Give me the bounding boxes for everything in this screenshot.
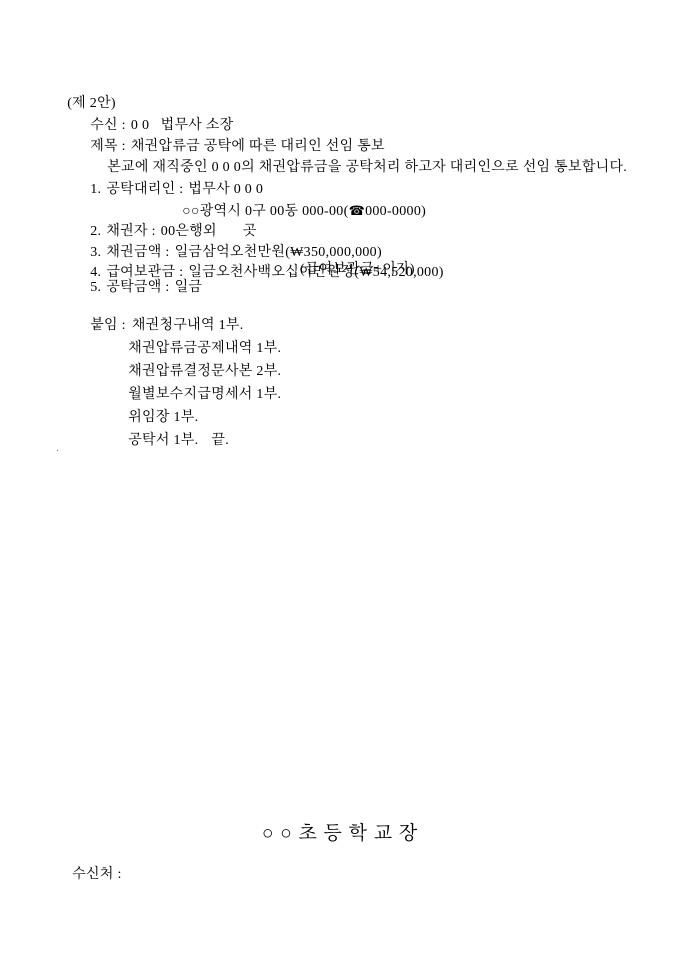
attachment-item-6: 공탁서 1부. bbox=[128, 433, 198, 448]
agent-address-suffix: 000-0000) bbox=[365, 204, 426, 219]
item-5-label: 공탁금액 : bbox=[101, 280, 169, 295]
attachments-end-mark: 끝. bbox=[198, 433, 229, 448]
stray-dot-mark: . bbox=[56, 440, 59, 455]
item-1-num: 1. bbox=[90, 182, 101, 197]
item-5-value: 일금 bbox=[170, 280, 203, 295]
cc-line: 수신처 : bbox=[57, 848, 122, 902]
item-5-note: (급여보관금+이자) bbox=[300, 261, 415, 279]
phone-icon: ☎ bbox=[349, 203, 366, 218]
document-page: (제 2안) 수신 :0 0 법무사 소장 제목 :채권압류금 공탁에 따른 대… bbox=[0, 0, 680, 962]
attachment-line-6: 공탁서 1부.끝. bbox=[113, 414, 229, 468]
item-5-num: 5. bbox=[90, 280, 101, 295]
signature-principal: ○ ○ 초 등 학 교 장 bbox=[262, 818, 418, 845]
cc-label: 수신처 : bbox=[72, 867, 121, 882]
